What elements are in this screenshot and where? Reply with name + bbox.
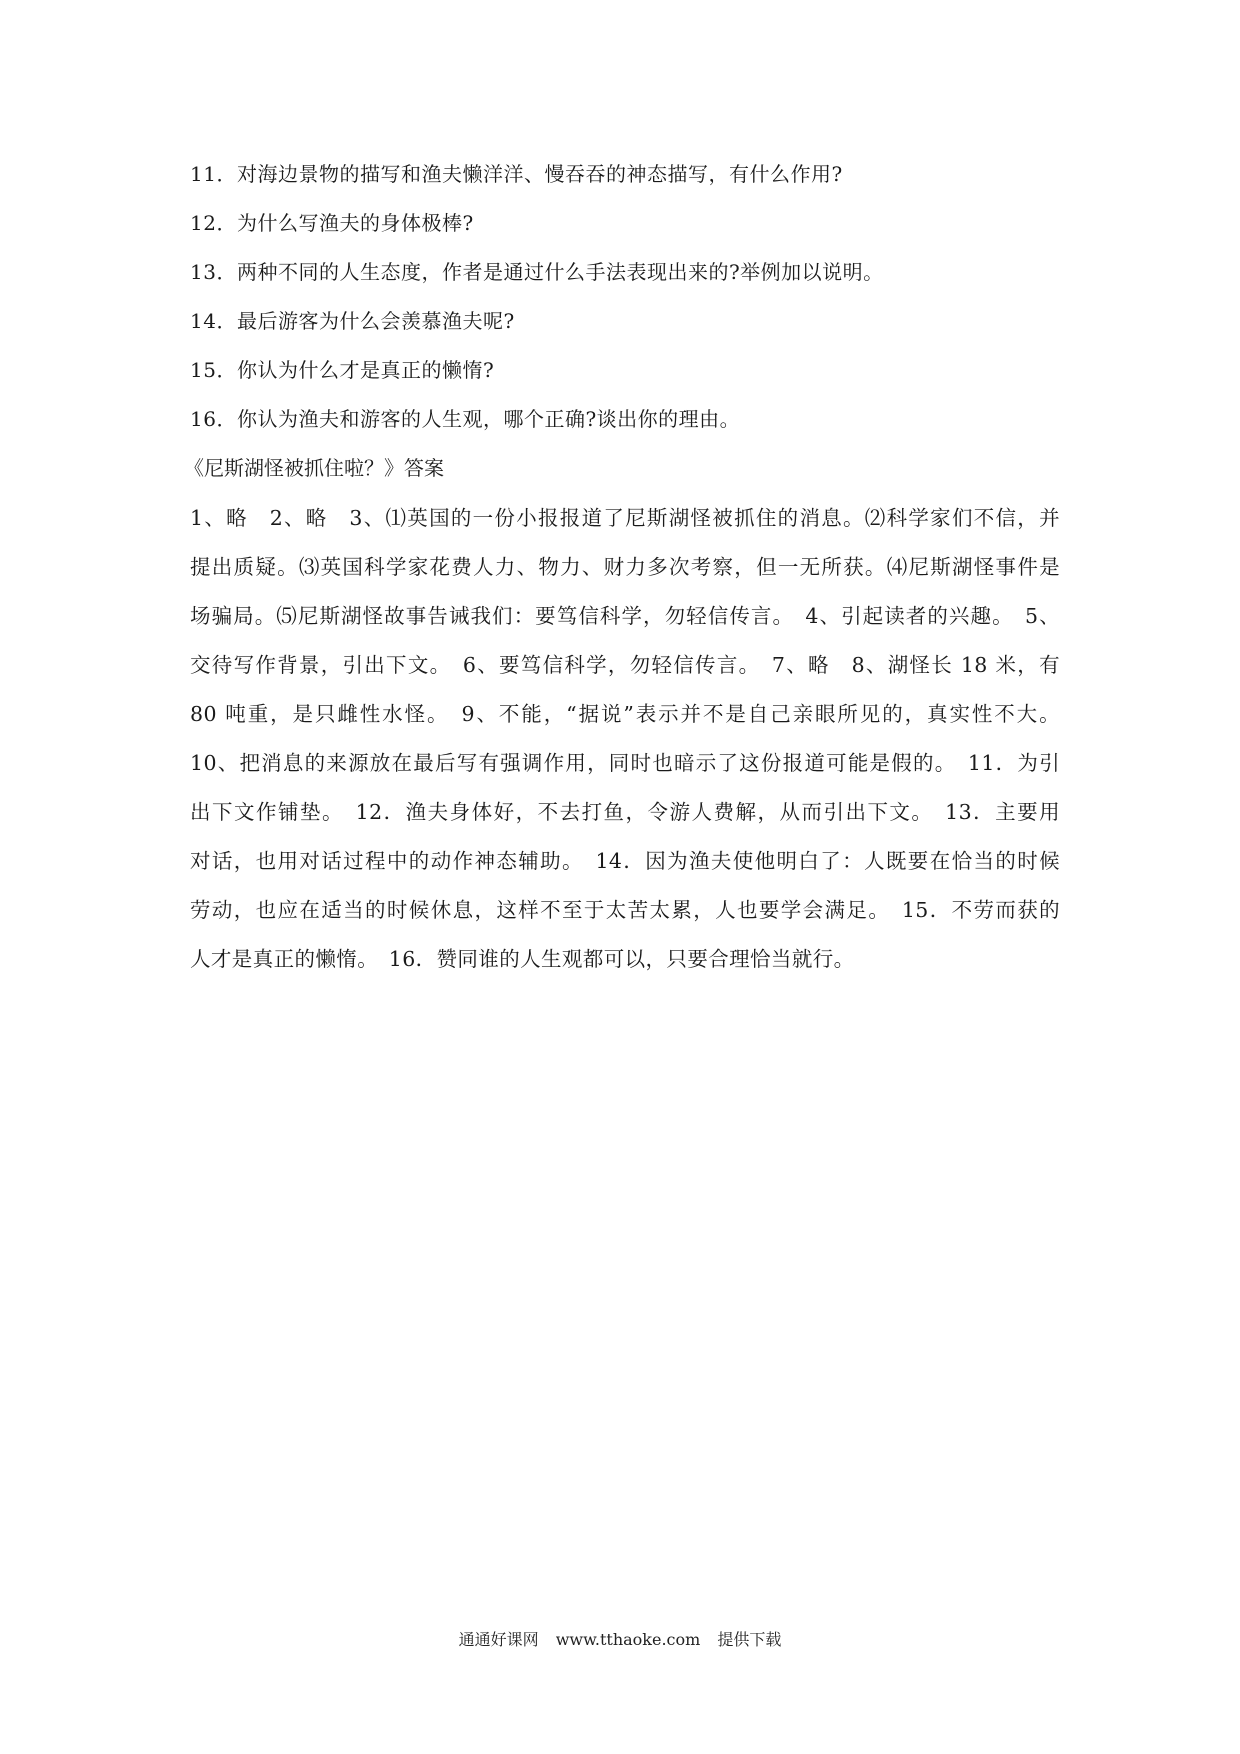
answer-line: 对话，也用对话过程中的动作神态辅助。 14．因为渔夫使他明白了：人既要在恰当的时… (190, 843, 1060, 892)
question-item: 11．对海边景物的描写和渔夫懒洋洋、慢吞吞的神态描写，有什么作用? (190, 156, 1070, 205)
page-footer: 通通好课网 www.tthaoke.com 提供下载 (0, 1628, 1240, 1652)
answer-line: 10、把消息的来源放在最后写有强调作用，同时也暗示了这份报道可能是假的。 11．… (190, 745, 1060, 794)
answer-line: 1、略 2、略 3、⑴英国的一份小报报道了尼斯湖怪被抓住的消息。⑵科学家们不信，… (190, 500, 1060, 549)
footer-url: www.tthaoke.com (556, 1630, 701, 1649)
answer-line: 劳动，也应在适当的时候休息，这样不至于太苦太累，人也要学会满足。 15．不劳而获… (190, 892, 1060, 941)
answer-line: 出下文作铺垫。 12．渔夫身体好，不去打鱼，令游人费解，从而引出下文。 13．主… (190, 794, 1060, 843)
question-text: 两种不同的人生态度，作者是通过什么手法表现出来的?举例加以说明。 (237, 260, 884, 284)
question-number: 12． (190, 211, 237, 235)
question-number: 15． (190, 358, 237, 382)
answer-paragraph: 1、略 2、略 3、⑴英国的一份小报报道了尼斯湖怪被抓住的消息。⑵科学家们不信，… (190, 500, 1060, 990)
question-number: 14． (190, 309, 237, 333)
question-number: 11． (190, 162, 237, 186)
answer-section-title: 《尼斯湖怪被抓住啦？》答案 (184, 450, 444, 486)
question-item: 12．为什么写渔夫的身体极棒? (190, 205, 1070, 254)
question-text: 你认为什么才是真正的懒惰? (237, 358, 494, 382)
question-number: 16． (190, 407, 237, 431)
question-number: 13． (190, 260, 237, 284)
footer-site-name: 通通好课网 (459, 1630, 539, 1649)
question-item: 14．最后游客为什么会羡慕渔夫呢? (190, 303, 1070, 352)
document-page: 11．对海边景物的描写和渔夫懒洋洋、慢吞吞的神态描写，有什么作用? 12．为什么… (0, 0, 1240, 1754)
answer-line: 人才是真正的懒惰。 16．赞同谁的人生观都可以，只要合理恰当就行。 (190, 941, 1060, 990)
question-text: 你认为渔夫和游客的人生观，哪个正确?谈出你的理由。 (237, 407, 740, 431)
question-text: 为什么写渔夫的身体极棒? (237, 211, 474, 235)
answer-line: 80 吨重，是只雌性水怪。 9、不能，“据说”表示并不是自己亲眼所见的，真实性不… (190, 696, 1060, 745)
answer-line: 场骗局。⑸尼斯湖怪故事告诫我们：要笃信科学，勿轻信传言。 4、引起读者的兴趣。 … (190, 598, 1060, 647)
question-text: 最后游客为什么会羡慕渔夫呢? (237, 309, 515, 333)
question-list: 11．对海边景物的描写和渔夫懒洋洋、慢吞吞的神态描写，有什么作用? 12．为什么… (190, 156, 1070, 450)
answer-line: 交待写作背景，引出下文。 6、要笃信科学，勿轻信传言。 7、略 8、湖怪长 18… (190, 647, 1060, 696)
question-item: 15．你认为什么才是真正的懒惰? (190, 352, 1070, 401)
answer-line: 提出质疑。⑶英国科学家花费人力、物力、财力多次考察，但一无所获。⑷尼斯湖怪事件是 (190, 549, 1060, 598)
footer-suffix: 提供下载 (717, 1630, 781, 1649)
question-item: 13．两种不同的人生态度，作者是通过什么手法表现出来的?举例加以说明。 (190, 254, 1070, 303)
question-text: 对海边景物的描写和渔夫懒洋洋、慢吞吞的神态描写，有什么作用? (237, 162, 843, 186)
question-item: 16．你认为渔夫和游客的人生观，哪个正确?谈出你的理由。 (190, 401, 1070, 450)
